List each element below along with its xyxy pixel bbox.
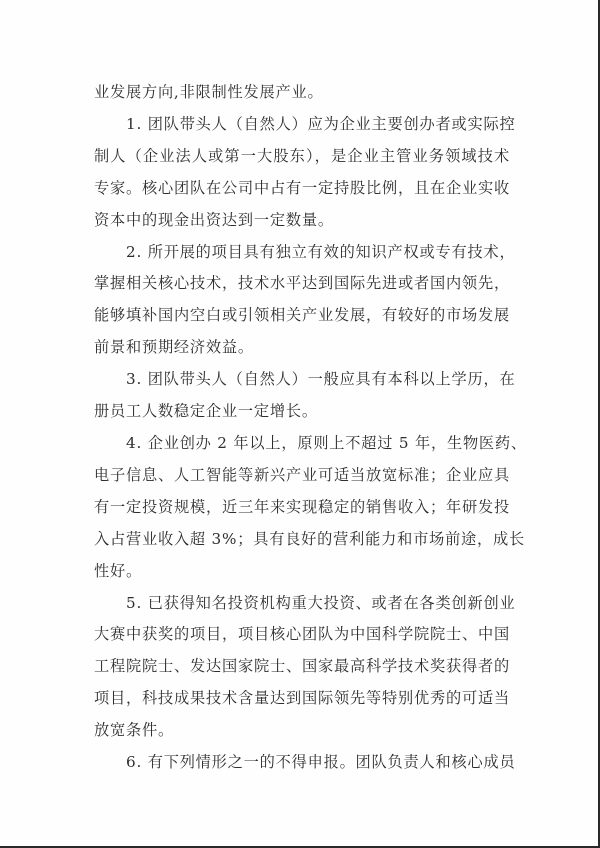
text-line: 册员工人数稳定企业一定增长。 <box>94 396 510 428</box>
paragraph-item-3: 3. 团队带头人（自然人）一般应具有本科以上学历，在 册员工人数稳定企业一定增长… <box>94 364 510 428</box>
text-line: 掌握相关核心技术，技术水平达到国际先进或者国内领先， <box>94 268 510 300</box>
text-line: 5. 已获得知名投资机构重大投资、或者在各类创新创业 <box>94 588 510 620</box>
text-line: 有一定投资规模，近三年来实现稳定的销售收入；年研发投 <box>94 492 510 524</box>
paragraph-item-5: 5. 已获得知名投资机构重大投资、或者在各类创新创业 大赛中获奖的项目，项目核心… <box>94 588 510 748</box>
text-line: 3. 团队带头人（自然人）一般应具有本科以上学历，在 <box>94 364 510 396</box>
document-page: 业发展方向,非限制性发展产业。 1. 团队带头人（自然人）应为企业主要创办者或实… <box>0 0 600 848</box>
text-line: 放宽条件。 <box>94 715 510 747</box>
text-line: 制人（企业法人或第一大股东），是企业主管业务领域技术 <box>94 141 510 173</box>
paragraph-item-2: 2. 所开展的项目具有独立有效的知识产权或专有技术， 掌握相关核心技术，技术水平… <box>94 237 510 365</box>
paragraph-continuation: 业发展方向,非限制性发展产业。 <box>94 77 510 109</box>
text-line: 工程院院士、发达国家院士、国家最高科学技术奖获得者的 <box>94 651 510 683</box>
text-line: 2. 所开展的项目具有独立有效的知识产权或专有技术， <box>94 237 510 269</box>
text-line: 性好。 <box>94 556 510 588</box>
text-line: 电子信息、人工智能等新兴产业可适当放宽标准；企业应具 <box>94 460 510 492</box>
text-line: 项目，科技成果技术含量达到国际领先等特别优秀的可适当 <box>94 683 510 715</box>
paragraph-item-6: 6. 有下列情形之一的不得申报。团队负责人和核心成员 <box>94 747 510 779</box>
text-line: 4. 企业创办 2 年以上，原则上不超过 5 年，生物医药、 <box>94 428 510 460</box>
document-body: 业发展方向,非限制性发展产业。 1. 团队带头人（自然人）应为企业主要创办者或实… <box>94 77 510 779</box>
text-line: 大赛中获奖的项目，项目核心团队为中国科学院院士、中国 <box>94 619 510 651</box>
text-line: 专家。核心团队在公司中占有一定持股比例，且在企业实收 <box>94 173 510 205</box>
paragraph-item-4: 4. 企业创办 2 年以上，原则上不超过 5 年，生物医药、 电子信息、人工智能… <box>94 428 510 588</box>
paragraph-item-1: 1. 团队带头人（自然人）应为企业主要创办者或实际控 制人（企业法人或第一大股东… <box>94 109 510 237</box>
text-line: 前景和预期经济效益。 <box>94 332 510 364</box>
text-line: 能够填补国内空白或引领相关产业发展，有较好的市场发展 <box>94 300 510 332</box>
text-line: 6. 有下列情形之一的不得申报。团队负责人和核心成员 <box>94 747 510 779</box>
text-line: 业发展方向,非限制性发展产业。 <box>94 77 510 109</box>
text-line: 资本中的现金出资达到一定数量。 <box>94 205 510 237</box>
text-line: 1. 团队带头人（自然人）应为企业主要创办者或实际控 <box>94 109 510 141</box>
text-line: 入占营业收入超 3%；具有良好的营利能力和市场前途，成长 <box>94 524 510 556</box>
